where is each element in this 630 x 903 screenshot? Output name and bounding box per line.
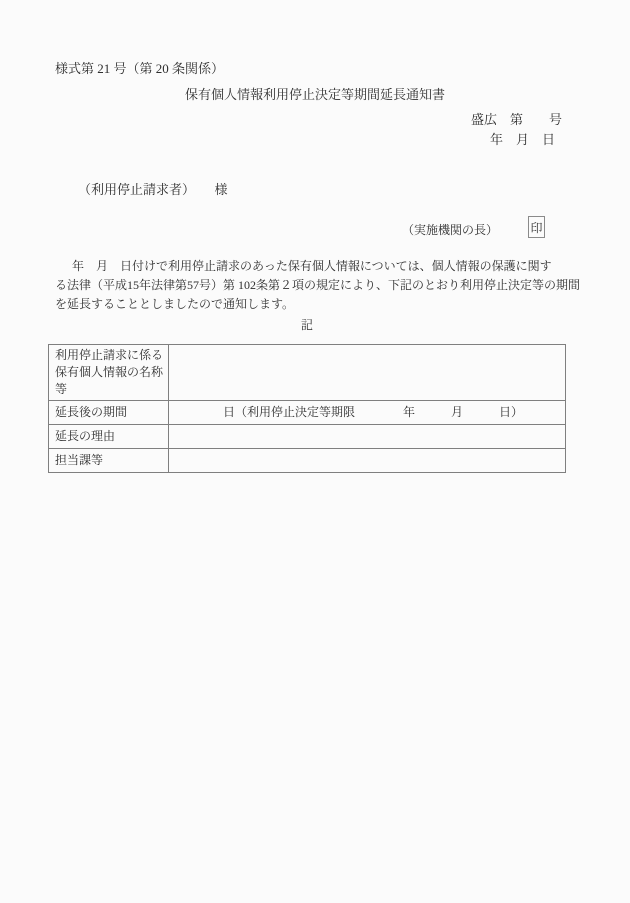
body-line: 年 月 日付けで利用停止請求のあった保有個人情報については、個人情報の保護に関す [55,257,571,276]
addressee-line: （利用停止請求者） 様 [78,179,228,198]
row-label-responsible-section: 担当課等 [49,449,169,473]
issuer-label: （実施機関の長） [402,221,498,238]
seal-mark: 印 [530,221,542,235]
row-value-personal-info-name [169,345,566,401]
form-number-line: 様式第 21 号（第 20 条関係） [55,58,224,77]
date-line: 年 月 日 [490,129,555,148]
record-heading: 記 [48,316,566,333]
row-value-extended-period: 日（利用停止決定等期限 年 月 日） [169,401,566,425]
row-label-personal-info-name: 利用停止請求に係る保有個人情報の名称等 [49,345,169,401]
body-line: を延長することとしましたので通知します。 [55,295,571,314]
document-number-line: 盛広 第 号 [471,109,562,128]
body-paragraph: 年 月 日付けで利用停止請求のあった保有個人情報については、個人情報の保護に関す… [55,257,571,314]
table-row: 延長後の期間 日（利用停止決定等期限 年 月 日） [49,401,566,425]
notice-table: 利用停止請求に係る保有個人情報の名称等 延長後の期間 日（利用停止決定等期限 年… [48,344,566,473]
seal-box: 印 [528,216,545,238]
row-label-extended-period: 延長後の期間 [49,401,169,425]
row-label-extension-reason: 延長の理由 [49,425,169,449]
document-title: 保有個人情報利用停止決定等期間延長通知書 [55,84,575,103]
row-value-responsible-section [169,449,566,473]
body-line: る法律（平成15年法律第57号）第 102条第２項の規定により、下記のとおり利用… [55,276,571,295]
table-row: 延長の理由 [49,425,566,449]
table-row: 担当課等 [49,449,566,473]
row-value-extension-reason [169,425,566,449]
table-row: 利用停止請求に係る保有個人情報の名称等 [49,345,566,401]
document-page: 様式第 21 号（第 20 条関係） 保有個人情報利用停止決定等期間延長通知書 … [0,0,630,903]
